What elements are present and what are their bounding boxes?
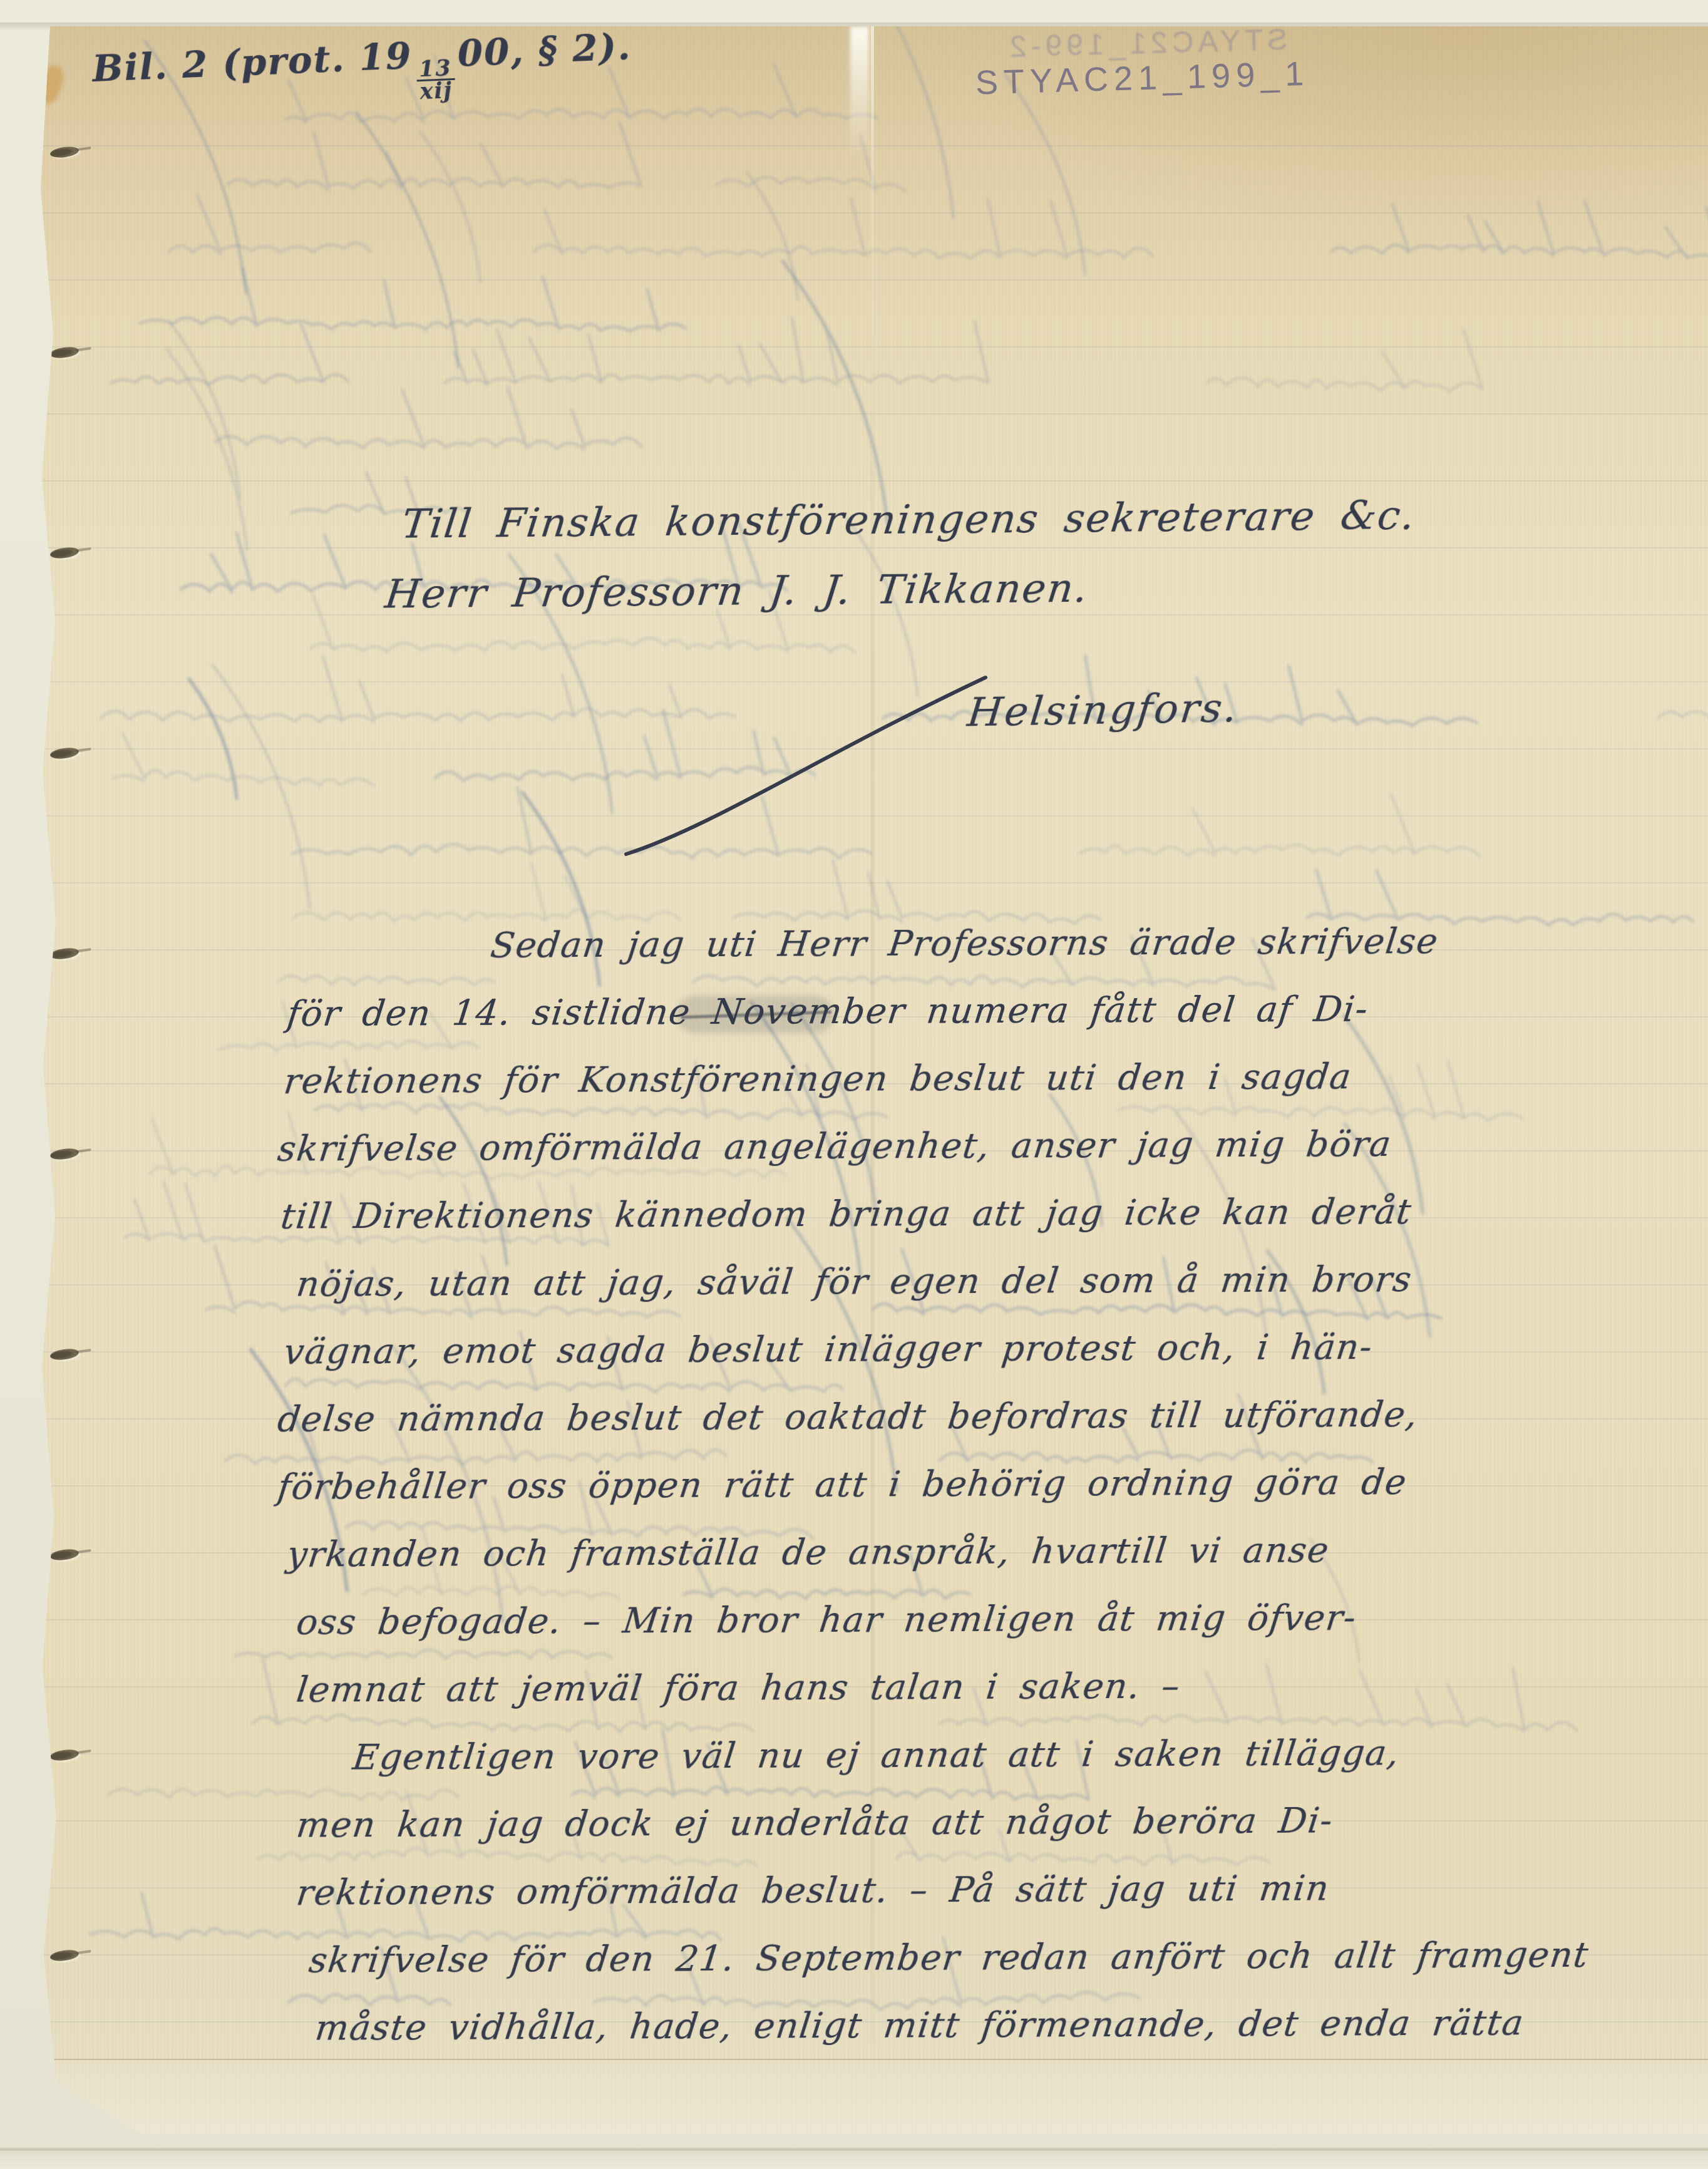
handwritten-body-line: rektionens omförmälda beslut. – På sätt … — [294, 1868, 1332, 1914]
handwritten-body-line: men kan jag dock ej underlåta att något … — [294, 1801, 1335, 1846]
handwritten-body-line: måste vidhålla, hade, enligt mitt förmen… — [313, 2003, 1526, 2049]
handwritten-body-line: delse nämnda beslut det oaktadt befordra… — [275, 1394, 1421, 1440]
handwritten-body-line: Egentligen vore väl nu ej annat att i sa… — [351, 1733, 1402, 1778]
fraction-denominator: xij — [417, 78, 456, 103]
fraction-numerator: 13 — [419, 58, 453, 80]
handwritten-body-line: skrifvelse för den 21. September redan a… — [307, 1935, 1591, 1981]
backing-sheet-bottom — [0, 2151, 1708, 2169]
handwritten-body-line: skrifvelse omförmälda angelägenhet, anse… — [275, 1124, 1394, 1170]
handwritten-body-line: till Direktionens kännedom bringa att ja… — [279, 1192, 1414, 1237]
date-fraction: 13xij — [416, 58, 455, 103]
fold-highlight-streak — [850, 26, 869, 161]
handwritten-body-line: rektionens för Konstföreningen beslut ut… — [282, 1057, 1354, 1102]
pen-flourish-stroke — [619, 659, 1007, 859]
paper-sheet: STYAC21_199-2 Bil. 2 (prot. 1913xij00, §… — [36, 26, 1708, 2134]
handwritten-body-line: vägnar, emot sagda beslut inlägger prote… — [282, 1327, 1375, 1373]
scanned-letter-page: { "page": { "kind": "scanned handwritten… — [0, 0, 1708, 2169]
place-line: Helsingfors. — [965, 685, 1241, 736]
handwritten-body-line: Sedan jag uti Herr Professorns ärade skr… — [488, 921, 1441, 966]
handwritten-body-line: yrkanden och framställa de anspråk, hvar… — [285, 1530, 1332, 1575]
address-line: Herr Professorn J. J. Tikkanen. — [383, 565, 1091, 618]
handwritten-body-line: förbehåller oss öppen rätt att i behörig… — [275, 1462, 1409, 1508]
handwritten-body-line: nöjas, utan att jag, såväl för egen del … — [294, 1259, 1414, 1305]
handwritten-body-line: oss befogade. – Min bror har nemligen åt… — [294, 1598, 1359, 1643]
handwritten-body-line: lemnat att jemväl föra hans talan i sake… — [294, 1666, 1183, 1711]
address-line: Till Finska konstföreningens sekreterare… — [399, 493, 1418, 548]
below-fold-tint — [36, 2060, 1708, 2134]
note-suffix: 00, § 2). — [456, 25, 632, 75]
